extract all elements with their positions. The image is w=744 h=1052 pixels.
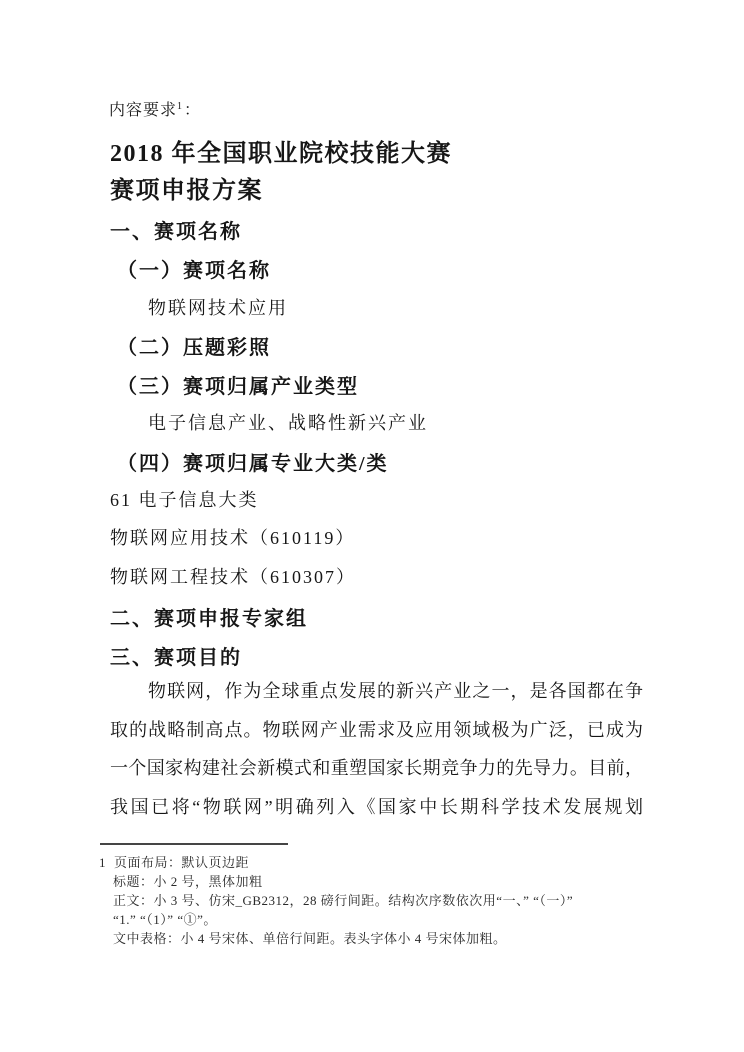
footnote-line-1: 1页面布局：默认页边距 [99, 852, 249, 871]
heading-1-1-event-name: （一）赛项名称 [117, 254, 271, 283]
body-major-iot-engineering: 物联网工程技术（610307） [110, 563, 356, 589]
document-title-line-1: 2018 年全国职业院校技能大赛 [110, 133, 452, 168]
paragraph-line-4: 我国已将“物联网”明确列入《国家中长期科学技术发展规划 [110, 795, 643, 821]
body-event-name-value: 物联网技术应用 [148, 294, 288, 320]
heading-3-event-purpose: 三、赛项目的 [110, 641, 242, 670]
content-requirement-note: 内容要求1： [109, 97, 201, 120]
heading-2-expert-group: 二、赛项申报专家组 [110, 602, 308, 631]
body-major-iot-application: 物联网应用技术（610119） [110, 524, 355, 550]
footnote-line-2: 标题：小 2 号，黑体加粗 [113, 871, 263, 890]
heading-1-3-industry-type: （三）赛项归属产业类型 [117, 370, 359, 399]
note-colon: ： [184, 102, 201, 119]
document-title-line-2: 赛项申报方案 [110, 170, 263, 205]
body-industry-type-value: 电子信息产业、战略性新兴产业 [148, 409, 428, 435]
heading-1-4-major-category: （四）赛项归属专业大类/类 [117, 447, 389, 476]
heading-1-2-title-photo: （二）压题彩照 [117, 331, 271, 360]
footnote-line-4: “1.” “（1）” “①”。 [113, 909, 217, 928]
footnote-separator-line [100, 843, 288, 845]
body-major-category-61: 61 电子信息大类 [110, 486, 259, 512]
footnote-line-5: 文中表格：小 4 号宋体、单倍行间距。表头字体小 4 号宋体加粗。 [113, 928, 507, 947]
document-page: 内容要求1： 2018 年全国职业院校技能大赛 赛项申报方案 一、赛项名称 （一… [0, 0, 744, 1052]
paragraph-line-3: 一个国家构建社会新模式和重塑国家长期竞争力的先导力。目前， [110, 756, 643, 782]
paragraph-line-2: 取的战略制高点。物联网产业需求及应用领域极为广泛，已成为 [110, 718, 643, 744]
footnote-line-3: 正文：小 3 号、仿宋_GB2312，28 磅行间距。结构次序数依次用“一、” … [113, 890, 573, 909]
footnote-line-1-text: 页面布局：默认页边距 [114, 855, 249, 870]
footnote-marker: 1 [99, 855, 106, 870]
footnote-reference-superscript: 1 [177, 101, 183, 112]
paragraph-line-1: 物联网，作为全球重点发展的新兴产业之一，是各国都在争 [110, 679, 643, 705]
heading-1-event-name: 一、赛项名称 [110, 215, 242, 244]
note-label: 内容要求 [109, 102, 177, 119]
